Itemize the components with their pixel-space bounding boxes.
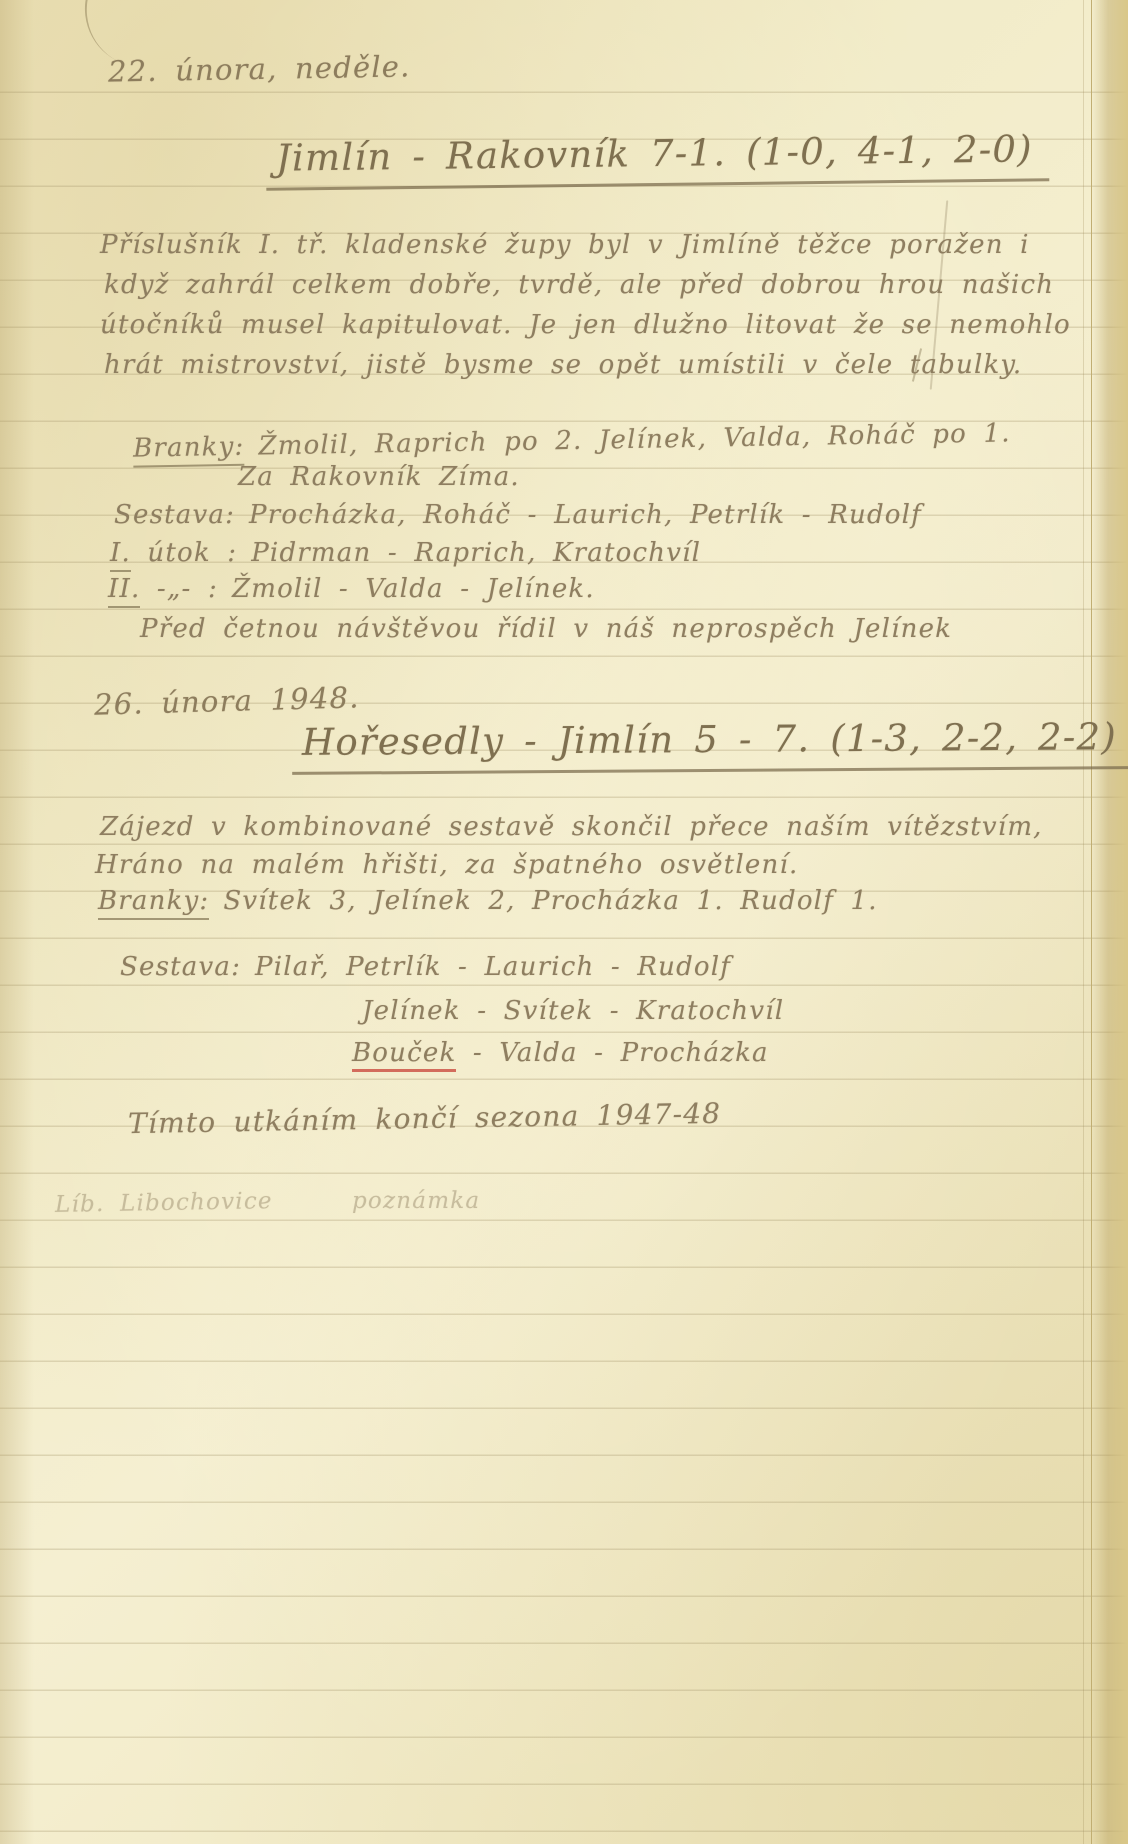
entry2-lineup-row-rest: - Valda - Procházka [473,1038,769,1068]
entry1-paragraph-line: hrát mistrovství, jistě bysme se opět um… [104,350,1022,380]
entry2-lineup-underlined-name: Bouček [352,1038,456,1072]
entry1-attack1: Pidrman - Raprich, Kratochvíl [251,538,701,568]
margin-annotation-center: poznámka [352,1188,480,1214]
binding-line [1083,0,1084,1844]
entry1-goals: Žmolil, Raprich po 2. Jelínek, Valda, Ro… [258,418,1011,461]
entry1-attack2: Žmolil - Valda - Jelínek. [232,574,595,604]
entry1-attack1-numeral: I. [110,538,131,572]
entry1-goals-continued: Za Rakovník Zíma. [238,462,520,492]
entry2-date: 26. února 1948. [94,680,360,721]
entry1-lineup: Procházka, Roháč - Laurich, Petrlík - Ru… [249,500,922,530]
notebook-page: 22. února, neděle. Jimlín - Rakovník 7-1… [0,0,1128,1844]
entry2-lineup-row: Pilař, Petrlík - Laurich - Rudolf [255,952,731,982]
entry2-match-title: Hořesedly - Jimlín 5 - 7. (1-3, 2-2, 2-2… [292,715,1128,775]
margin-annotation-left: Líb. Libochovice [55,1188,273,1218]
entry1-lineup-label: Sestava: [114,500,235,530]
entry1-date: 22. února, neděle. [108,49,411,88]
entry1-match-title: Jimlín - Rakovník 7-1. (1-0, 4-1, 2-0) [266,127,1049,191]
entry1-attack1-word: útok : [147,538,237,568]
page-binding-edge [1091,0,1128,1844]
entry1-paragraph-line: útočníků musel kapitulovat. Je jen dlužn… [100,310,1071,340]
left-edge-shadow [0,0,34,1844]
entry1-goals-label: Branky: [133,432,245,468]
entry2-lineup-row: Jelínek - Svítek - Kratochvíl [362,996,784,1026]
entry1-attack2-word: -„- : [157,574,218,604]
entry2-paragraph-line: Zájezd v kombinované sestavě skončil pře… [100,812,1043,842]
entry2-paragraph-line: Hráno na malém hřišti, za špatného osvět… [95,850,798,880]
entry1-attack2-numeral: II. [108,574,140,608]
season-closing-line: Tímto utkáním končí sezona 1947-48 [128,1097,722,1140]
entry2-lineup-label: Sestava: [120,952,241,982]
entry2-goals: Svítek 3, Jelínek 2, Procházka 1. Rudolf… [223,886,877,916]
entry1-paragraph-line: Příslušník I. tř. kladenské župy byl v J… [100,230,1030,260]
entry1-paragraph-line: když zahrál celkem dobře, tvrdě, ale pře… [104,270,1054,300]
entry2-goals-label: Branky: [98,886,209,920]
entry1-referee-note: Před četnou návštěvou řídil v náš nepros… [140,614,952,644]
